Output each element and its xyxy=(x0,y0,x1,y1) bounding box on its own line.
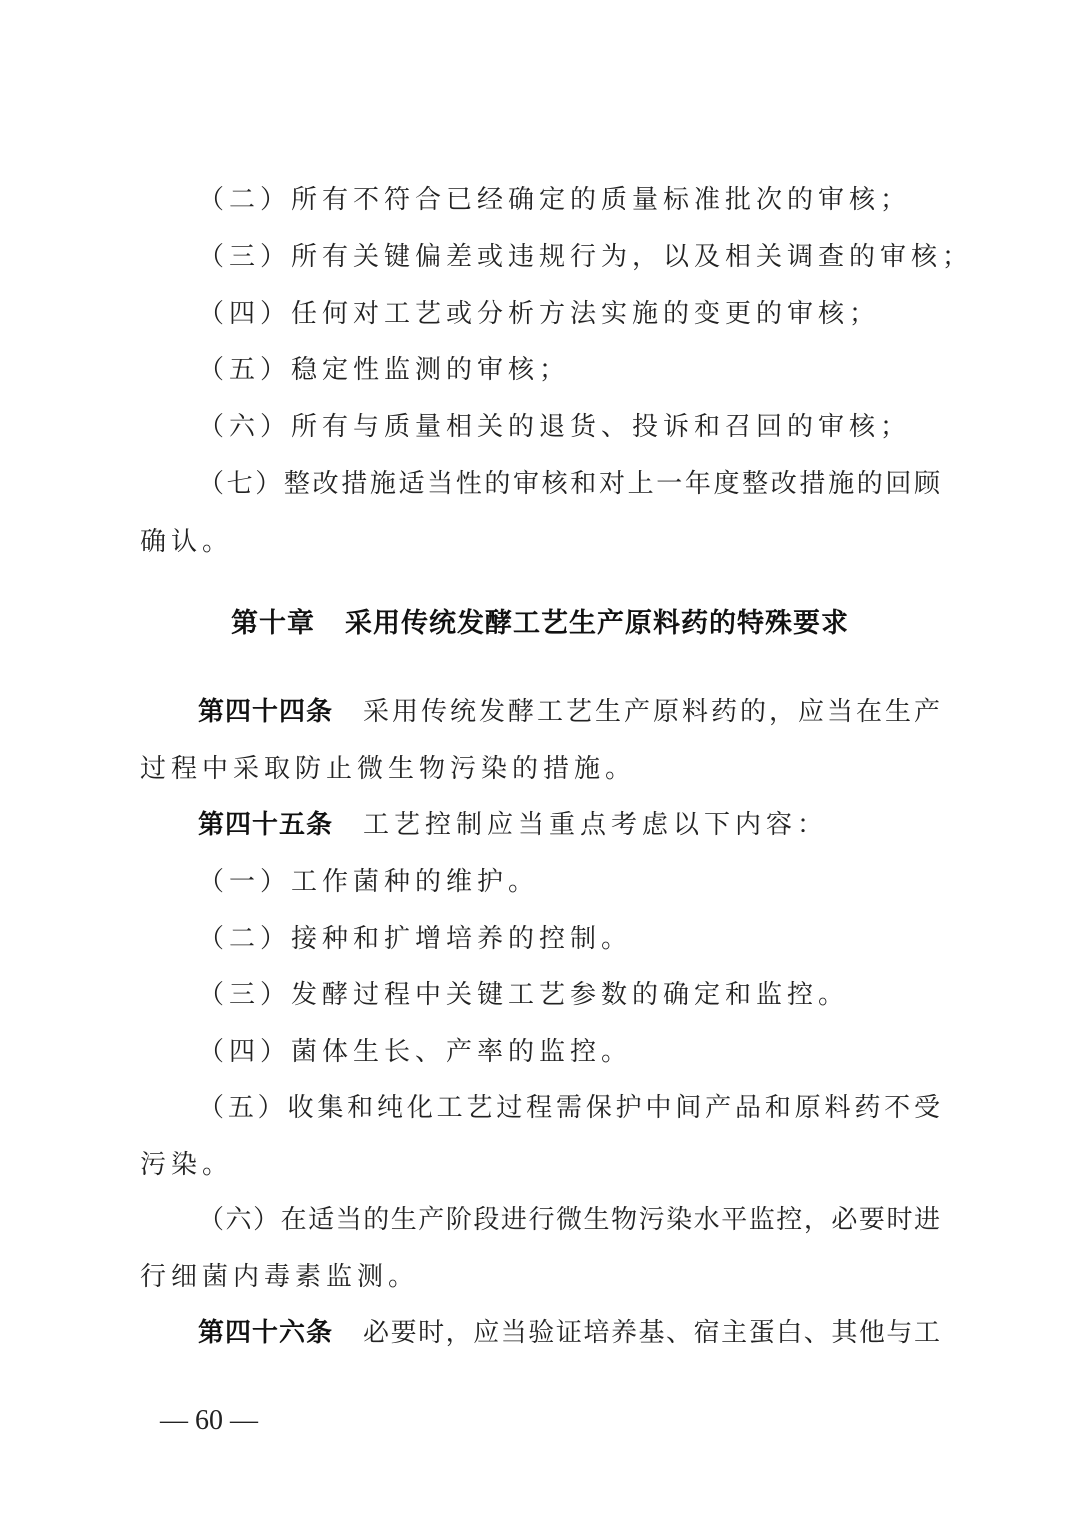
page-number: — 60 — xyxy=(160,1404,258,1438)
list-item: （三）所有关键偏差或违规行为，以及相关调查的审核； xyxy=(198,240,940,274)
list-item: （四）任何对工艺或分析方法实施的变更的审核； xyxy=(198,297,940,331)
article-44: 第四十四条 采用传统发酵工艺生产原料药的，应当在生产 xyxy=(198,695,940,729)
list-item: （三）发酵过程中关键工艺参数的确定和监控。 xyxy=(198,978,940,1012)
list-item: （七）整改措施适当性的审核和对上一年度整改措施的回顾 xyxy=(198,467,940,501)
article-label: 第四十五条 xyxy=(198,810,333,840)
list-item-continuation: 行细菌内毒素监测。 xyxy=(140,1260,940,1294)
list-item: （五）稳定性监测的审核； xyxy=(198,353,940,387)
list-item: （六）所有与质量相关的退货、投诉和召回的审核； xyxy=(198,410,940,444)
list-item: （四）菌体生长、产率的监控。 xyxy=(198,1035,940,1069)
chapter-number: 第十章 xyxy=(231,608,315,639)
article-45: 第四十五条工艺控制应当重点考虑以下内容： xyxy=(198,808,940,842)
list-item: （一）工作菌种的维护。 xyxy=(198,865,940,899)
list-item-continuation: 确认。 xyxy=(140,525,940,559)
document-page: （二）所有不符合已经确定的质量标准批次的审核； （三）所有关键偏差或违规行为，以… xyxy=(0,0,1080,1527)
list-item-continuation: 污染。 xyxy=(140,1148,940,1182)
article-text: 采用传统发酵工艺生产原料药的，应当在生产 xyxy=(363,695,940,729)
chapter-heading: 第十章采用传统发酵工艺生产原料药的特殊要求 xyxy=(140,606,940,642)
list-item: （六）在适当的生产阶段进行微生物污染水平监控，必要时进 xyxy=(198,1203,940,1237)
article-label: 第四十四条 xyxy=(198,695,333,729)
list-item: （二）接种和扩增培养的控制。 xyxy=(198,922,940,956)
article-label: 第四十六条 xyxy=(198,1316,333,1350)
list-item: （五）收集和纯化工艺过程需保护中间产品和原料药不受 xyxy=(198,1091,940,1125)
article-46: 第四十六条 必要时，应当验证培养基、宿主蛋白、其他与工 xyxy=(198,1316,940,1350)
article-text: 必要时，应当验证培养基、宿主蛋白、其他与工 xyxy=(363,1316,940,1350)
article-44-continuation: 过程中采取防止微生物污染的措施。 xyxy=(140,752,940,786)
chapter-title: 采用传统发酵工艺生产原料药的特殊要求 xyxy=(345,608,849,639)
list-item: （二）所有不符合已经确定的质量标准批次的审核； xyxy=(198,183,940,217)
article-text: 工艺控制应当重点考虑以下内容： xyxy=(363,810,828,840)
